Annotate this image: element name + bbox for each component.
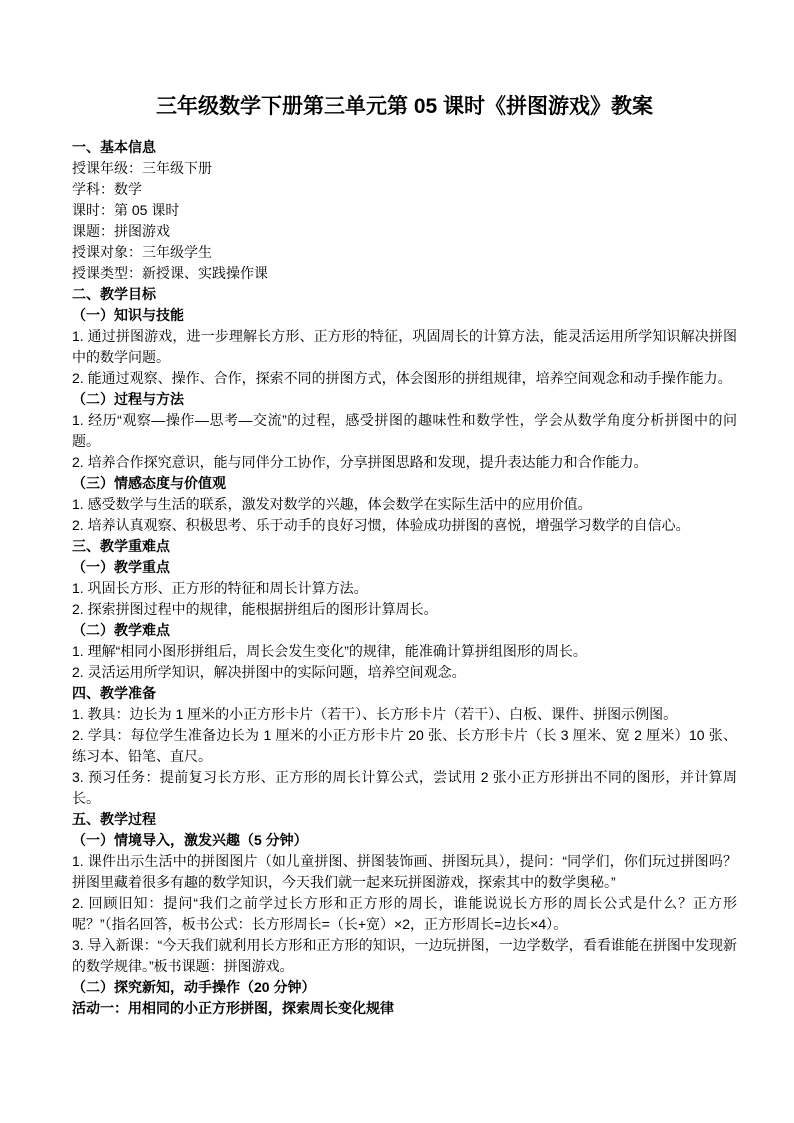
subsection-heading: （一）教学重点 <box>72 557 737 578</box>
paragraph: 1. 经历“观察—操作—思考—交流”的过程，感受拼图的趣味性和数学性，学会从数学… <box>72 410 737 452</box>
paragraph: 2. 培养认真观察、积极思考、乐于动手的良好习惯，体验成功拼图的喜悦，增强学习数… <box>72 515 737 536</box>
paragraph: 3. 预习任务：提前复习长方形、正方形的周长计算公式，尝试用 2 张小正方形拼出… <box>72 767 737 809</box>
paragraph: 课题：拼图游戏 <box>72 221 737 242</box>
paragraph: 2. 回顾旧知：提问“我们之前学过长方形和正方形的周长，谁能说说长方形的周长公式… <box>72 893 737 935</box>
paragraph: 学科：数学 <box>72 179 737 200</box>
document-title: 三年级数学下册第三单元第 05 课时《拼图游戏》教案 <box>72 92 737 122</box>
subsection-heading: （二）探究新知，动手操作（20 分钟） <box>72 977 737 998</box>
paragraph: 授课对象：三年级学生 <box>72 242 737 263</box>
section-heading: 四、教学准备 <box>72 683 737 704</box>
paragraph: 3. 导入新课：“今天我们就利用长方形和正方形的知识，一边玩拼图，一边学数学，看… <box>72 935 737 977</box>
paragraph: 1. 巩固长方形、正方形的特征和周长计算方法。 <box>72 578 737 599</box>
section-heading: 一、基本信息 <box>72 137 737 158</box>
paragraph: 1. 感受数学与生活的联系，激发对数学的兴趣，体会数学在实际生活中的应用价值。 <box>72 494 737 515</box>
paragraph: 2. 学具：每位学生准备边长为 1 厘米的小正方形卡片 20 张、长方形卡片（长… <box>72 725 737 767</box>
subsection-heading: （一）知识与技能 <box>72 305 737 326</box>
paragraph: 1. 通过拼图游戏，进一步理解长方形、正方形的特征，巩固周长的计算方法，能灵活运… <box>72 326 737 368</box>
paragraph: 授课年级：三年级下册 <box>72 158 737 179</box>
subsection-heading: （三）情感态度与价值观 <box>72 473 737 494</box>
paragraph: 2. 探索拼图过程中的规律，能根据拼组后的图形计算周长。 <box>72 599 737 620</box>
section-heading: 五、教学过程 <box>72 809 737 830</box>
paragraph: 2. 培养合作探究意识，能与同伴分工协作，分享拼图思路和发现，提升表达能力和合作… <box>72 452 737 473</box>
document-content: 一、基本信息授课年级：三年级下册学科：数学课时：第 05 课时课题：拼图游戏授课… <box>72 137 737 1019</box>
subsection-heading: （一）情境导入，激发兴趣（5 分钟） <box>72 830 737 851</box>
section-heading: 三、教学重难点 <box>72 536 737 557</box>
paragraph: 2. 灵活运用所学知识，解决拼图中的实际问题，培养空间观念。 <box>72 662 737 683</box>
paragraph: 1. 教具：边长为 1 厘米的小正方形卡片（若干）、长方形卡片（若干）、白板、课… <box>72 704 737 725</box>
activity-heading: 活动一：用相同的小正方形拼图，探索周长变化规律 <box>72 998 737 1019</box>
paragraph: 授课类型：新授课、实践操作课 <box>72 263 737 284</box>
paragraph: 2. 能通过观察、操作、合作，探索不同的拼图方式，体会图形的拼组规律，培养空间观… <box>72 368 737 389</box>
paragraph: 1. 课件出示生活中的拼图图片（如儿童拼图、拼图装饰画、拼图玩具），提问：“同学… <box>72 851 737 893</box>
section-heading: 二、教学目标 <box>72 284 737 305</box>
subsection-heading: （二）教学难点 <box>72 620 737 641</box>
paragraph: 课时：第 05 课时 <box>72 200 737 221</box>
paragraph: 1. 理解“相同小图形拼组后，周长会发生变化”的规律，能准确计算拼组图形的周长。 <box>72 641 737 662</box>
subsection-heading: （二）过程与方法 <box>72 389 737 410</box>
document-page: 三年级数学下册第三单元第 05 课时《拼图游戏》教案 一、基本信息授课年级：三年… <box>0 0 794 1123</box>
